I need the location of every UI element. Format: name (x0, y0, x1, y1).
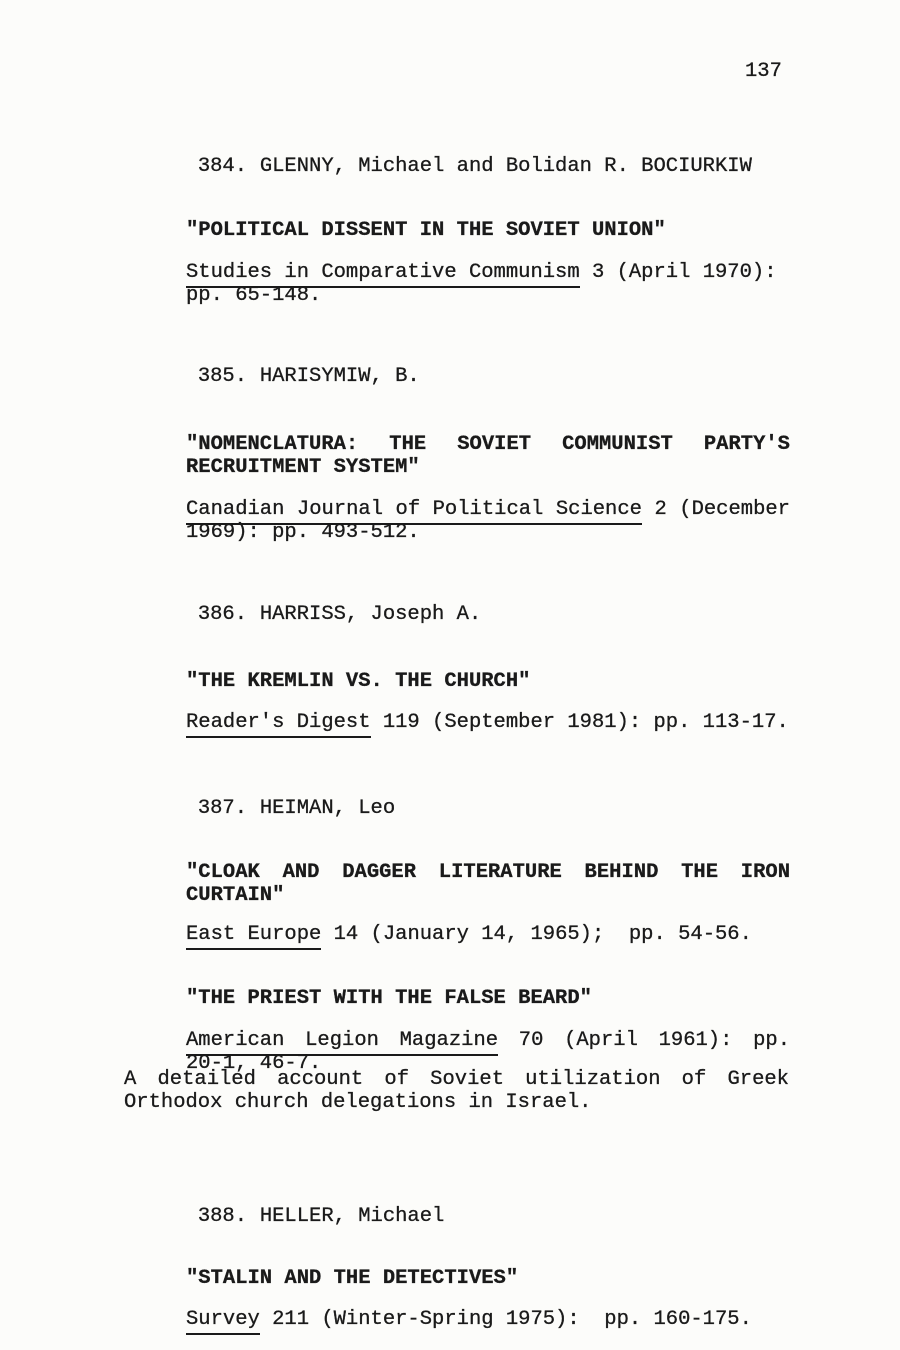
entry-number: 386. (198, 603, 260, 626)
citation-line: American Legion Magazine 70 (April 1961)… (186, 1029, 790, 1052)
annotation-line: Orthodox church delegations in Israel. (124, 1091, 789, 1114)
citation-line: Survey 211 (Winter-Spring 1975): pp. 160… (186, 1308, 790, 1331)
work-title: "POLITICAL DISSENT IN THE SOVIET UNION" (186, 219, 790, 242)
entry-number: 388. (198, 1205, 260, 1228)
work-title: "STALIN AND THE DETECTIVES" (186, 1267, 790, 1290)
work-citation: Studies in Comparative Communism 3 (Apri… (186, 261, 790, 307)
bibliography-entry-385: 385.HARISYMIW, B. "NOMENCLATURA: THE SOV… (124, 342, 789, 544)
journal-name: Reader's Digest (186, 711, 371, 738)
journal-name: East Europe (186, 923, 321, 950)
work-citation: Survey 211 (Winter-Spring 1975): pp. 160… (186, 1308, 790, 1331)
work-title: "CLOAK AND DAGGER LITERATURE BEHIND THE … (186, 861, 790, 907)
citation-line: East Europe 14 (January 14, 1965); pp. 5… (186, 923, 790, 946)
citation-line: Studies in Comparative Communism 3 (Apri… (186, 261, 790, 284)
annotation-line: A detailed account of Soviet utilization… (124, 1068, 789, 1091)
entry-number: 384. (198, 155, 260, 178)
entry-author: GLENNY, Michael and Bolidan R. BOCIURKIW (260, 155, 752, 178)
title-line: CURTAIN" (186, 884, 790, 907)
title-line: "THE KREMLIN VS. THE CHURCH" (186, 670, 790, 693)
work-citation: Reader's Digest 119 (September 1981): pp… (186, 711, 790, 734)
journal-name: Survey (186, 1308, 260, 1335)
bibliography-entry-387: 387.HEIMAN, Leo "CLOAK AND DAGGER LITERA… (124, 774, 789, 1075)
citation-text: 70 (April 1961): pp. (498, 1029, 790, 1052)
entry-author-line: 388.HELLER, Michael (124, 1182, 789, 1251)
entry-author-line: 387.HEIMAN, Leo (124, 774, 789, 843)
entry-author: HARRISS, Joseph A. (260, 603, 481, 626)
title-line: "THE PRIEST WITH THE FALSE BEARD" (186, 987, 790, 1010)
work-title: "NOMENCLATURA: THE SOVIET COMMUNIST PART… (186, 433, 790, 479)
entry-author: HEIMAN, Leo (260, 797, 395, 820)
citation-text: 2 (December (642, 498, 790, 521)
entry-annotation: A detailed account of Soviet utilization… (124, 1068, 789, 1114)
entry-author-line: 385.HARISYMIW, B. (124, 342, 789, 411)
entry-number: 387. (198, 797, 260, 820)
work-citation: East Europe 14 (January 14, 1965); pp. 5… (186, 923, 790, 946)
entry-number: 385. (198, 365, 260, 388)
entry-author: HELLER, Michael (260, 1205, 445, 1228)
document-page: 137 384.GLENNY, Michael and Bolidan R. B… (0, 0, 900, 1350)
entry-author-line: 386.HARRISS, Joseph A. (124, 580, 789, 649)
title-line: "STALIN AND THE DETECTIVES" (186, 1267, 790, 1290)
title-line: RECRUITMENT SYSTEM" (186, 456, 790, 479)
bibliography-entry-388: 388.HELLER, Michael "STALIN AND THE DETE… (124, 1182, 789, 1331)
work-citation: Canadian Journal of Political Science 2 … (186, 498, 790, 544)
citation-text: 3 (April 1970): (580, 261, 777, 284)
citation-line: Reader's Digest 119 (September 1981): pp… (186, 711, 790, 734)
title-line: "NOMENCLATURA: THE SOVIET COMMUNIST PART… (186, 433, 790, 456)
bibliography-entry-386: 386.HARRISS, Joseph A. "THE KREMLIN VS. … (124, 580, 789, 734)
title-line: "POLITICAL DISSENT IN THE SOVIET UNION" (186, 219, 790, 242)
entry-author-line: 384.GLENNY, Michael and Bolidan R. BOCIU… (124, 132, 789, 201)
bibliography-entry-384: 384.GLENNY, Michael and Bolidan R. BOCIU… (124, 132, 789, 307)
citation-line: Canadian Journal of Political Science 2 … (186, 498, 790, 521)
citation-text: 211 (Winter-Spring 1975): pp. 160-175. (260, 1308, 752, 1331)
page-number: 137 (745, 60, 782, 83)
citation-text: 14 (January 14, 1965); pp. 54-56. (321, 923, 752, 946)
citation-text: 119 (September 1981): pp. 113-17. (371, 711, 789, 734)
work-title: "THE PRIEST WITH THE FALSE BEARD" (186, 987, 790, 1010)
entry-author: HARISYMIW, B. (260, 365, 420, 388)
title-line: "CLOAK AND DAGGER LITERATURE BEHIND THE … (186, 861, 790, 884)
work-title: "THE KREMLIN VS. THE CHURCH" (186, 670, 790, 693)
